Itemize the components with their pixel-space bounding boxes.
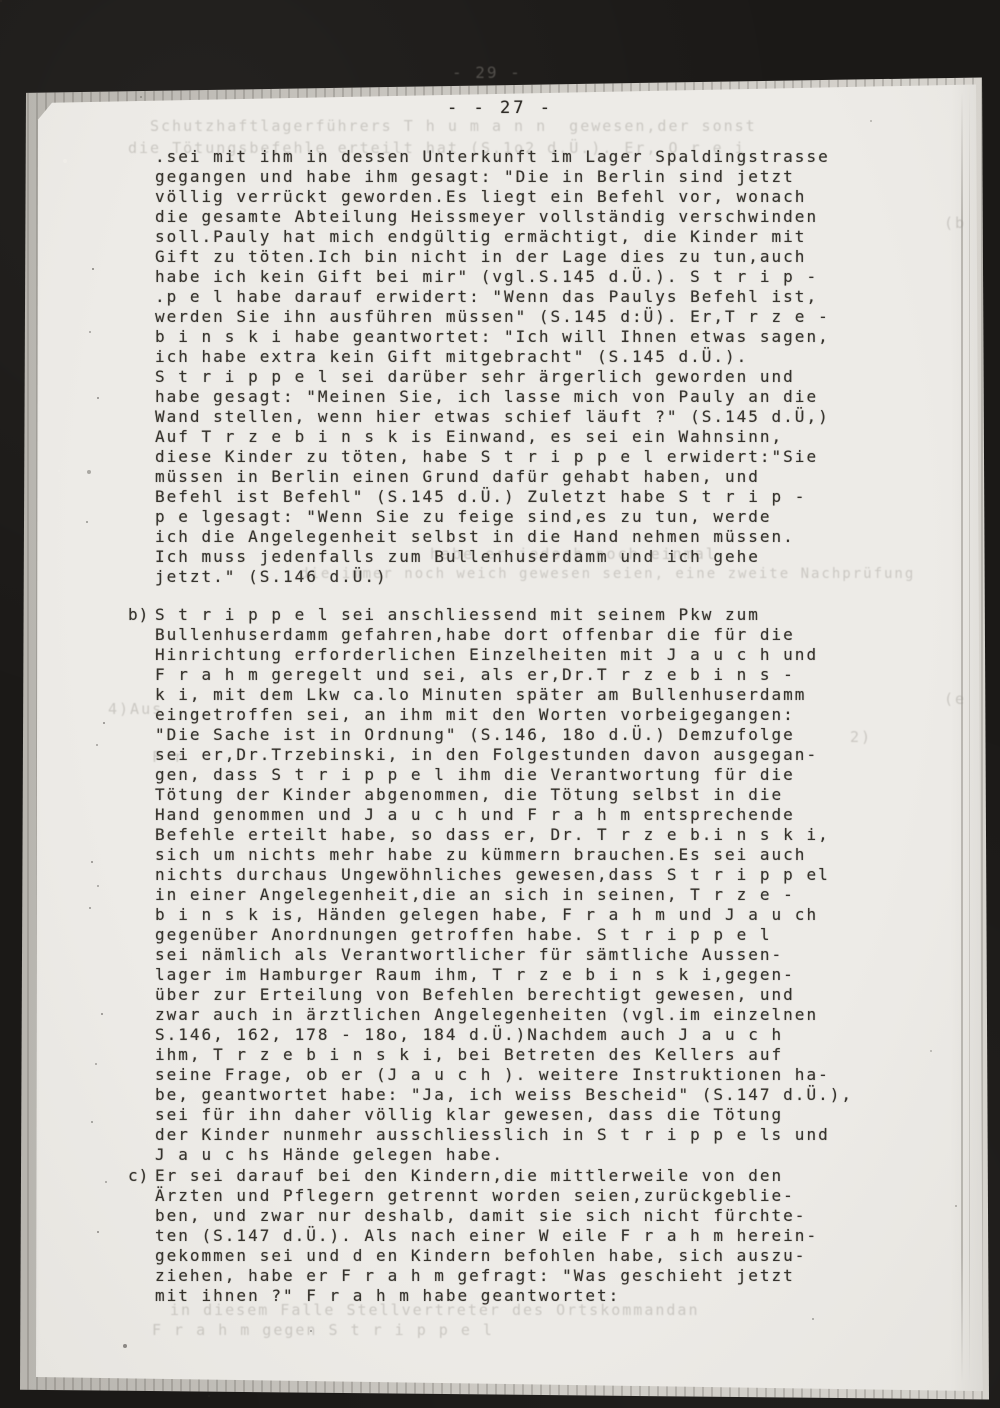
text-line: Auf T r z e b i n s k is Einwand, es sei… bbox=[155, 427, 830, 447]
text-line: gekommen sei und d en Kindern befohlen h… bbox=[155, 1246, 818, 1266]
text-line: .sei mit ihm in dessen Unterkunft im Lag… bbox=[155, 147, 830, 167]
text-line: ich habe extra kein Gift mitgebracht" (S… bbox=[155, 347, 830, 367]
text-line: Ich muss jedenfalls zum Bullenhuserdamm … bbox=[155, 547, 830, 567]
text-line: sei für ihn daher völlig klar gewesen, d… bbox=[155, 1105, 853, 1125]
paragraph-b: b) S t r i p p e l sei anschliessend mit… bbox=[155, 605, 853, 1165]
section-label: c) bbox=[128, 1166, 149, 1185]
text-line: mit ihnen ?" F r a h m habe geantwortet: bbox=[155, 1286, 818, 1306]
section-lines: S t r i p p e l sei anschliessend mit se… bbox=[155, 605, 853, 1165]
text-line: seine Frage, ob er (J a u c h ). weitere… bbox=[155, 1065, 853, 1085]
text-line: ben, und zwar nur deshalb, damit sie sic… bbox=[155, 1206, 818, 1226]
text-line: J a u c hs Hände gelegen habe. bbox=[155, 1145, 853, 1165]
text-line: zwar auch in ärztlichen Angelegenheiten … bbox=[155, 1005, 853, 1025]
page-number: - - 27 - bbox=[400, 98, 600, 118]
text-line: "Die Sache ist in Ordnung" (S.146, 18o d… bbox=[155, 725, 853, 745]
text-line: k i, mit dem Lkw ca.lo Minuten später am… bbox=[155, 685, 853, 705]
text-line: F r a h m geregelt und sei, als er,Dr.T … bbox=[155, 665, 853, 685]
text-line: Hinrichtung erforderlichen Einzelheiten … bbox=[155, 645, 853, 665]
text-line: völlig verrückt geworden.Es liegt ein Be… bbox=[155, 187, 830, 207]
text-line: gen, dass S t r i p p e l ihm die Verant… bbox=[155, 765, 853, 785]
text-line: ziehen, habe er F r a h m gefragt: "Was … bbox=[155, 1266, 818, 1286]
text-line: der Kinder nunmehr ausschliesslich in S … bbox=[155, 1125, 853, 1145]
text-line: müssen in Berlin einen Grund dafür gehab… bbox=[155, 467, 830, 487]
section-lines: Er sei darauf bei den Kindern,die mittle… bbox=[155, 1166, 818, 1306]
text-line: sei er,Dr.Trzebinski, in den Folgestunde… bbox=[155, 745, 853, 765]
text-line: über zur Erteilung von Befehlen berechti… bbox=[155, 985, 853, 1005]
text-line: habe ich kein Gift bei mir" (vgl.S.145 d… bbox=[155, 267, 830, 287]
text-line: p e lgesagt: "Wenn Sie zu feige sind,es … bbox=[155, 507, 830, 527]
text-line: sei nämlich als Verantwortlicher für säm… bbox=[155, 945, 853, 965]
text-line: Gift zu töten.Ich bin nicht in der Lage … bbox=[155, 247, 830, 267]
text-line: S t r i p p e l sei darüber sehr ärgerli… bbox=[155, 367, 830, 387]
text-line: Wand stellen, wenn hier etwas schief läu… bbox=[155, 407, 830, 427]
text-line: ihm, T r z e b i n s k i, bei Betreten d… bbox=[155, 1045, 853, 1065]
text-line: Bullenhuserdamm gefahren,habe dort offen… bbox=[155, 625, 853, 645]
text-line: Befehl ist Befehl" (S.145 d.Ü.) Zuletzt … bbox=[155, 487, 830, 507]
text-line: lager im Hamburger Raum ihm, T r z e b i… bbox=[155, 965, 853, 985]
page-content: - - 27 - .sei mit ihm in dessen Unterkun… bbox=[0, 0, 1000, 1408]
text-line: ten (S.147 d.Ü.). Als nach einer W eile … bbox=[155, 1226, 818, 1246]
text-line: die gesamte Abteilung Heissmeyer vollstä… bbox=[155, 207, 830, 227]
scan-speckles bbox=[0, 0, 2, 2]
text-line: sich um nichts mehr habe zu kümmern brau… bbox=[155, 845, 853, 865]
section-label: b) bbox=[128, 605, 149, 624]
text-line: .p e l habe darauf erwidert: "Wenn das P… bbox=[155, 287, 830, 307]
text-line: b i n s k i habe geantwortet: "Ich will … bbox=[155, 327, 830, 347]
text-line: ich die Angelegenheit selbst in die Hand… bbox=[155, 527, 830, 547]
text-line: soll.Pauly hat mich endgültig ermächtigt… bbox=[155, 227, 830, 247]
text-line: Befehle erteilt habe, so dass er, Dr. T … bbox=[155, 825, 853, 845]
paragraph-c: c) Er sei darauf bei den Kindern,die mit… bbox=[155, 1166, 818, 1306]
text-line: S.146, 162, 178 - 18o, 184 d.Ü.)Nachdem … bbox=[155, 1025, 853, 1045]
scanner-background: - 29 -Schutzhaftlagerführers T h u m a n… bbox=[0, 0, 1000, 1408]
text-line: in einer Angelegenheit,die an sich in se… bbox=[155, 885, 853, 905]
text-line: S t r i p p e l sei anschliessend mit se… bbox=[155, 605, 853, 625]
text-line: gegangen und habe ihm gesagt: "Die in Be… bbox=[155, 167, 830, 187]
text-line: be, geantwortet habe: "Ja, ich weiss Bes… bbox=[155, 1085, 853, 1105]
text-line: diese Kinder zu töten, habe S t r i p p … bbox=[155, 447, 830, 467]
text-line: nichts durchaus Ungewöhnliches gewesen,d… bbox=[155, 865, 853, 885]
text-line: Tötung der Kinder abgenommen, die Tötung… bbox=[155, 785, 853, 805]
text-line: Hand genommen und J a u c h und F r a h … bbox=[155, 805, 853, 825]
text-line: werden Sie ihn ausführen müssen" (S.145 … bbox=[155, 307, 830, 327]
text-line: gegenüber Anordnungen getroffen habe. S … bbox=[155, 925, 853, 945]
paragraph-continuation: .sei mit ihm in dessen Unterkunft im Lag… bbox=[155, 147, 830, 587]
text-line: eingetroffen sei, an ihm mit den Worten … bbox=[155, 705, 853, 725]
text-line: habe gesagt: "Meinen Sie, ich lasse mich… bbox=[155, 387, 830, 407]
text-line: b i n s k is, Händen gelegen habe, F r a… bbox=[155, 905, 853, 925]
text-line: jetzt." (S.146 d.Ü.) bbox=[155, 567, 830, 587]
text-line: Ärzten und Pflegern getrennt worden seie… bbox=[155, 1186, 818, 1206]
text-line: Er sei darauf bei den Kindern,die mittle… bbox=[155, 1166, 818, 1186]
section-lines: .sei mit ihm in dessen Unterkunft im Lag… bbox=[155, 147, 830, 587]
